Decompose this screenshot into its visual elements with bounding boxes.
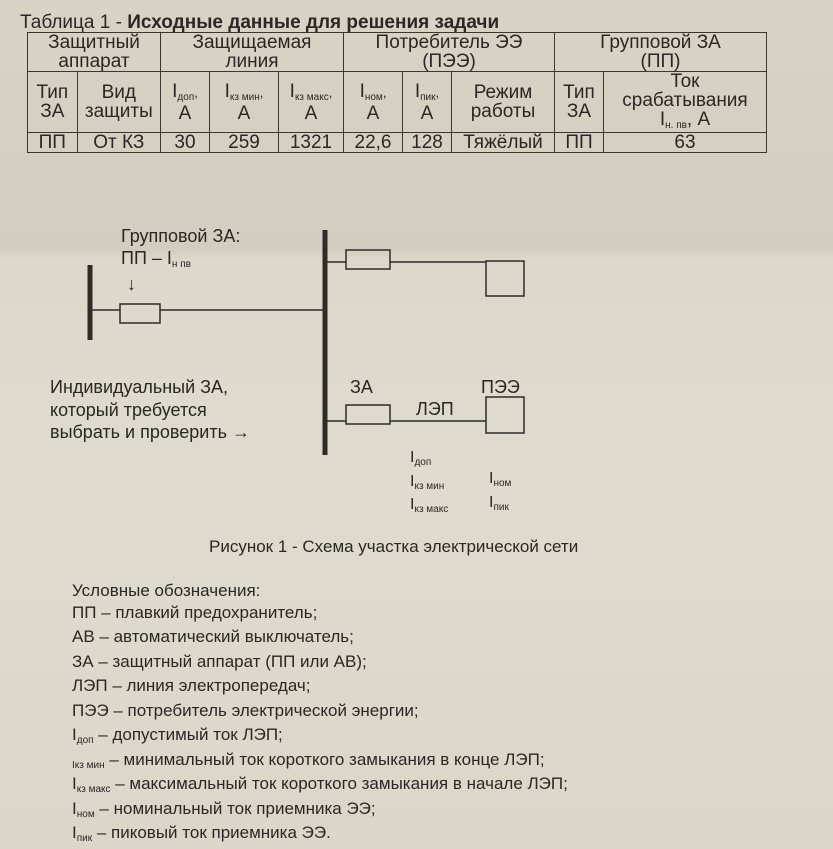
legend-item: Iпик – пиковый ток приемника ЭЭ. bbox=[72, 822, 568, 847]
figure-caption: Рисунок 1 - Схема участка электрической … bbox=[209, 537, 578, 557]
header-protection: Видзащиты bbox=[77, 72, 160, 133]
table-header-row: ТипЗА Видзащиты Iдоп,А Iкз мин,А Iкз мак… bbox=[28, 72, 767, 133]
group-protective-device: Защитныйаппарат bbox=[28, 33, 161, 72]
legend-definition: – плавкий предохранитель; bbox=[96, 603, 317, 622]
cell-group-type: ПП bbox=[555, 133, 604, 153]
legend-definition: – допустимый ток ЛЭП; bbox=[94, 725, 283, 744]
consumer-symbol bbox=[486, 397, 524, 433]
za-label: ЗА bbox=[350, 376, 373, 398]
header-mode: Режимработы bbox=[452, 72, 555, 133]
legend-term: ПП bbox=[72, 603, 96, 622]
caption-prefix: Таблица 1 - bbox=[20, 12, 127, 33]
legend-term-subscript: Iкз мин bbox=[72, 760, 105, 771]
cell-i-dop: 30 bbox=[161, 133, 210, 153]
header-i-pik: Iпик,А bbox=[403, 72, 452, 133]
legend-definition: – номинальный ток приемника ЭЭ; bbox=[95, 799, 376, 818]
consumer-currents: Iном Iпик bbox=[489, 468, 511, 515]
header-i-kz-min: Iкз мин,А bbox=[210, 72, 279, 133]
table-group-header-row: Защитныйаппарат Защищаемаялиния Потребит… bbox=[28, 33, 767, 72]
header-trip-current: Ток срабатыванияIн. пв, А bbox=[604, 72, 767, 133]
legend-term: АВ bbox=[72, 627, 95, 646]
down-arrow-icon: ↓ bbox=[127, 273, 240, 295]
header-i-dop: Iдоп,А bbox=[161, 72, 210, 133]
group-fuse-symbol bbox=[120, 304, 160, 323]
legend-item: ЗА – защитный аппарат (ПП или АВ); bbox=[72, 651, 568, 676]
legend-item: ПЭЭ – потребитель электрической энергии; bbox=[72, 700, 568, 725]
legend-item: ПП – плавкий предохранитель; bbox=[72, 602, 568, 627]
group-protected-line: Защищаемаялиния bbox=[161, 33, 344, 72]
line-currents: Iдоп Iкз мин Iкз макс bbox=[410, 447, 448, 518]
lep-label: ЛЭП bbox=[416, 398, 454, 420]
header-type-za: ТипЗА bbox=[28, 72, 78, 133]
cell-type-za: ПП bbox=[28, 133, 78, 153]
legend-term-subscript: кз макс bbox=[77, 784, 111, 795]
group-group-device: Групповой ЗА(ПП) bbox=[555, 33, 767, 72]
input-data-table: Защитныйаппарат Защищаемаялиния Потребит… bbox=[27, 32, 767, 153]
header-group-type: ТипЗА bbox=[555, 72, 604, 133]
individual-device-symbol bbox=[346, 405, 390, 424]
legend-item: Iкз мин – минимальный ток короткого замы… bbox=[72, 749, 568, 774]
legend-definition: – автоматический выключатель; bbox=[95, 627, 354, 646]
legend-title: Условные обозначения: bbox=[72, 580, 568, 602]
legend-item: Iкз макс – максимальный ток короткого за… bbox=[72, 773, 568, 798]
upper-device-symbol bbox=[346, 250, 390, 269]
legend-definition: – минимальный ток короткого замыкания в … bbox=[105, 750, 545, 769]
legend-term-subscript: пик bbox=[77, 833, 92, 844]
table-row: ПП От КЗ 30 259 1321 22,6 128 Тяжёлый ПП… bbox=[28, 133, 767, 153]
legend-term: ЛЭП bbox=[72, 676, 108, 695]
legend-item: АВ – автоматический выключатель; bbox=[72, 626, 568, 651]
legend-term-subscript: доп bbox=[77, 735, 94, 746]
legend-term: ПЭЭ bbox=[72, 701, 109, 720]
individual-device-label: Индивидуальный ЗА, который требуется выб… bbox=[50, 376, 250, 444]
legend-definition: – пиковый ток приемника ЭЭ. bbox=[92, 823, 331, 842]
cell-i-kz-min: 259 bbox=[210, 133, 279, 153]
legend-term-subscript: ном bbox=[77, 809, 95, 820]
legend-item: Iном – номинальный ток приемника ЭЭ; bbox=[72, 798, 568, 823]
upper-consumer-symbol bbox=[486, 261, 524, 296]
cell-i-pik: 128 bbox=[403, 133, 452, 153]
cell-i-kz-max: 1321 bbox=[279, 133, 344, 153]
legend-definition: – потребитель электрической энергии; bbox=[109, 701, 419, 720]
legend-item: Iдоп – допустимый ток ЛЭП; bbox=[72, 724, 568, 749]
header-i-kz-max: Iкз макс,А bbox=[279, 72, 344, 133]
cell-mode: Тяжёлый bbox=[452, 133, 555, 153]
legend-item: ЛЭП – линия электропередач; bbox=[72, 675, 568, 700]
pee-label: ПЭЭ bbox=[481, 376, 520, 398]
legend: Условные обозначения: ПП – плавкий предо… bbox=[72, 580, 568, 847]
legend-definition: – линия электропередач; bbox=[108, 676, 311, 695]
table-caption: Таблица 1 - Исходные данные для решения … bbox=[20, 12, 499, 34]
header-i-nom: Iном,А bbox=[344, 72, 403, 133]
cell-i-nom: 22,6 bbox=[344, 133, 403, 153]
caption-title: Исходные данные для решения задачи bbox=[127, 12, 499, 33]
cell-trip-current: 63 bbox=[604, 133, 767, 153]
legend-definition: – защитный аппарат (ПП или АВ); bbox=[94, 652, 367, 671]
group-device-label: Групповой ЗА: ПП – Iн пв ↓ bbox=[121, 225, 240, 295]
cell-protection: От КЗ bbox=[77, 133, 160, 153]
legend-definition: – максимальный ток короткого замыкания в… bbox=[111, 774, 568, 793]
group-consumer: Потребитель ЭЭ(ПЭЭ) bbox=[344, 33, 555, 72]
legend-term: ЗА bbox=[72, 652, 94, 671]
